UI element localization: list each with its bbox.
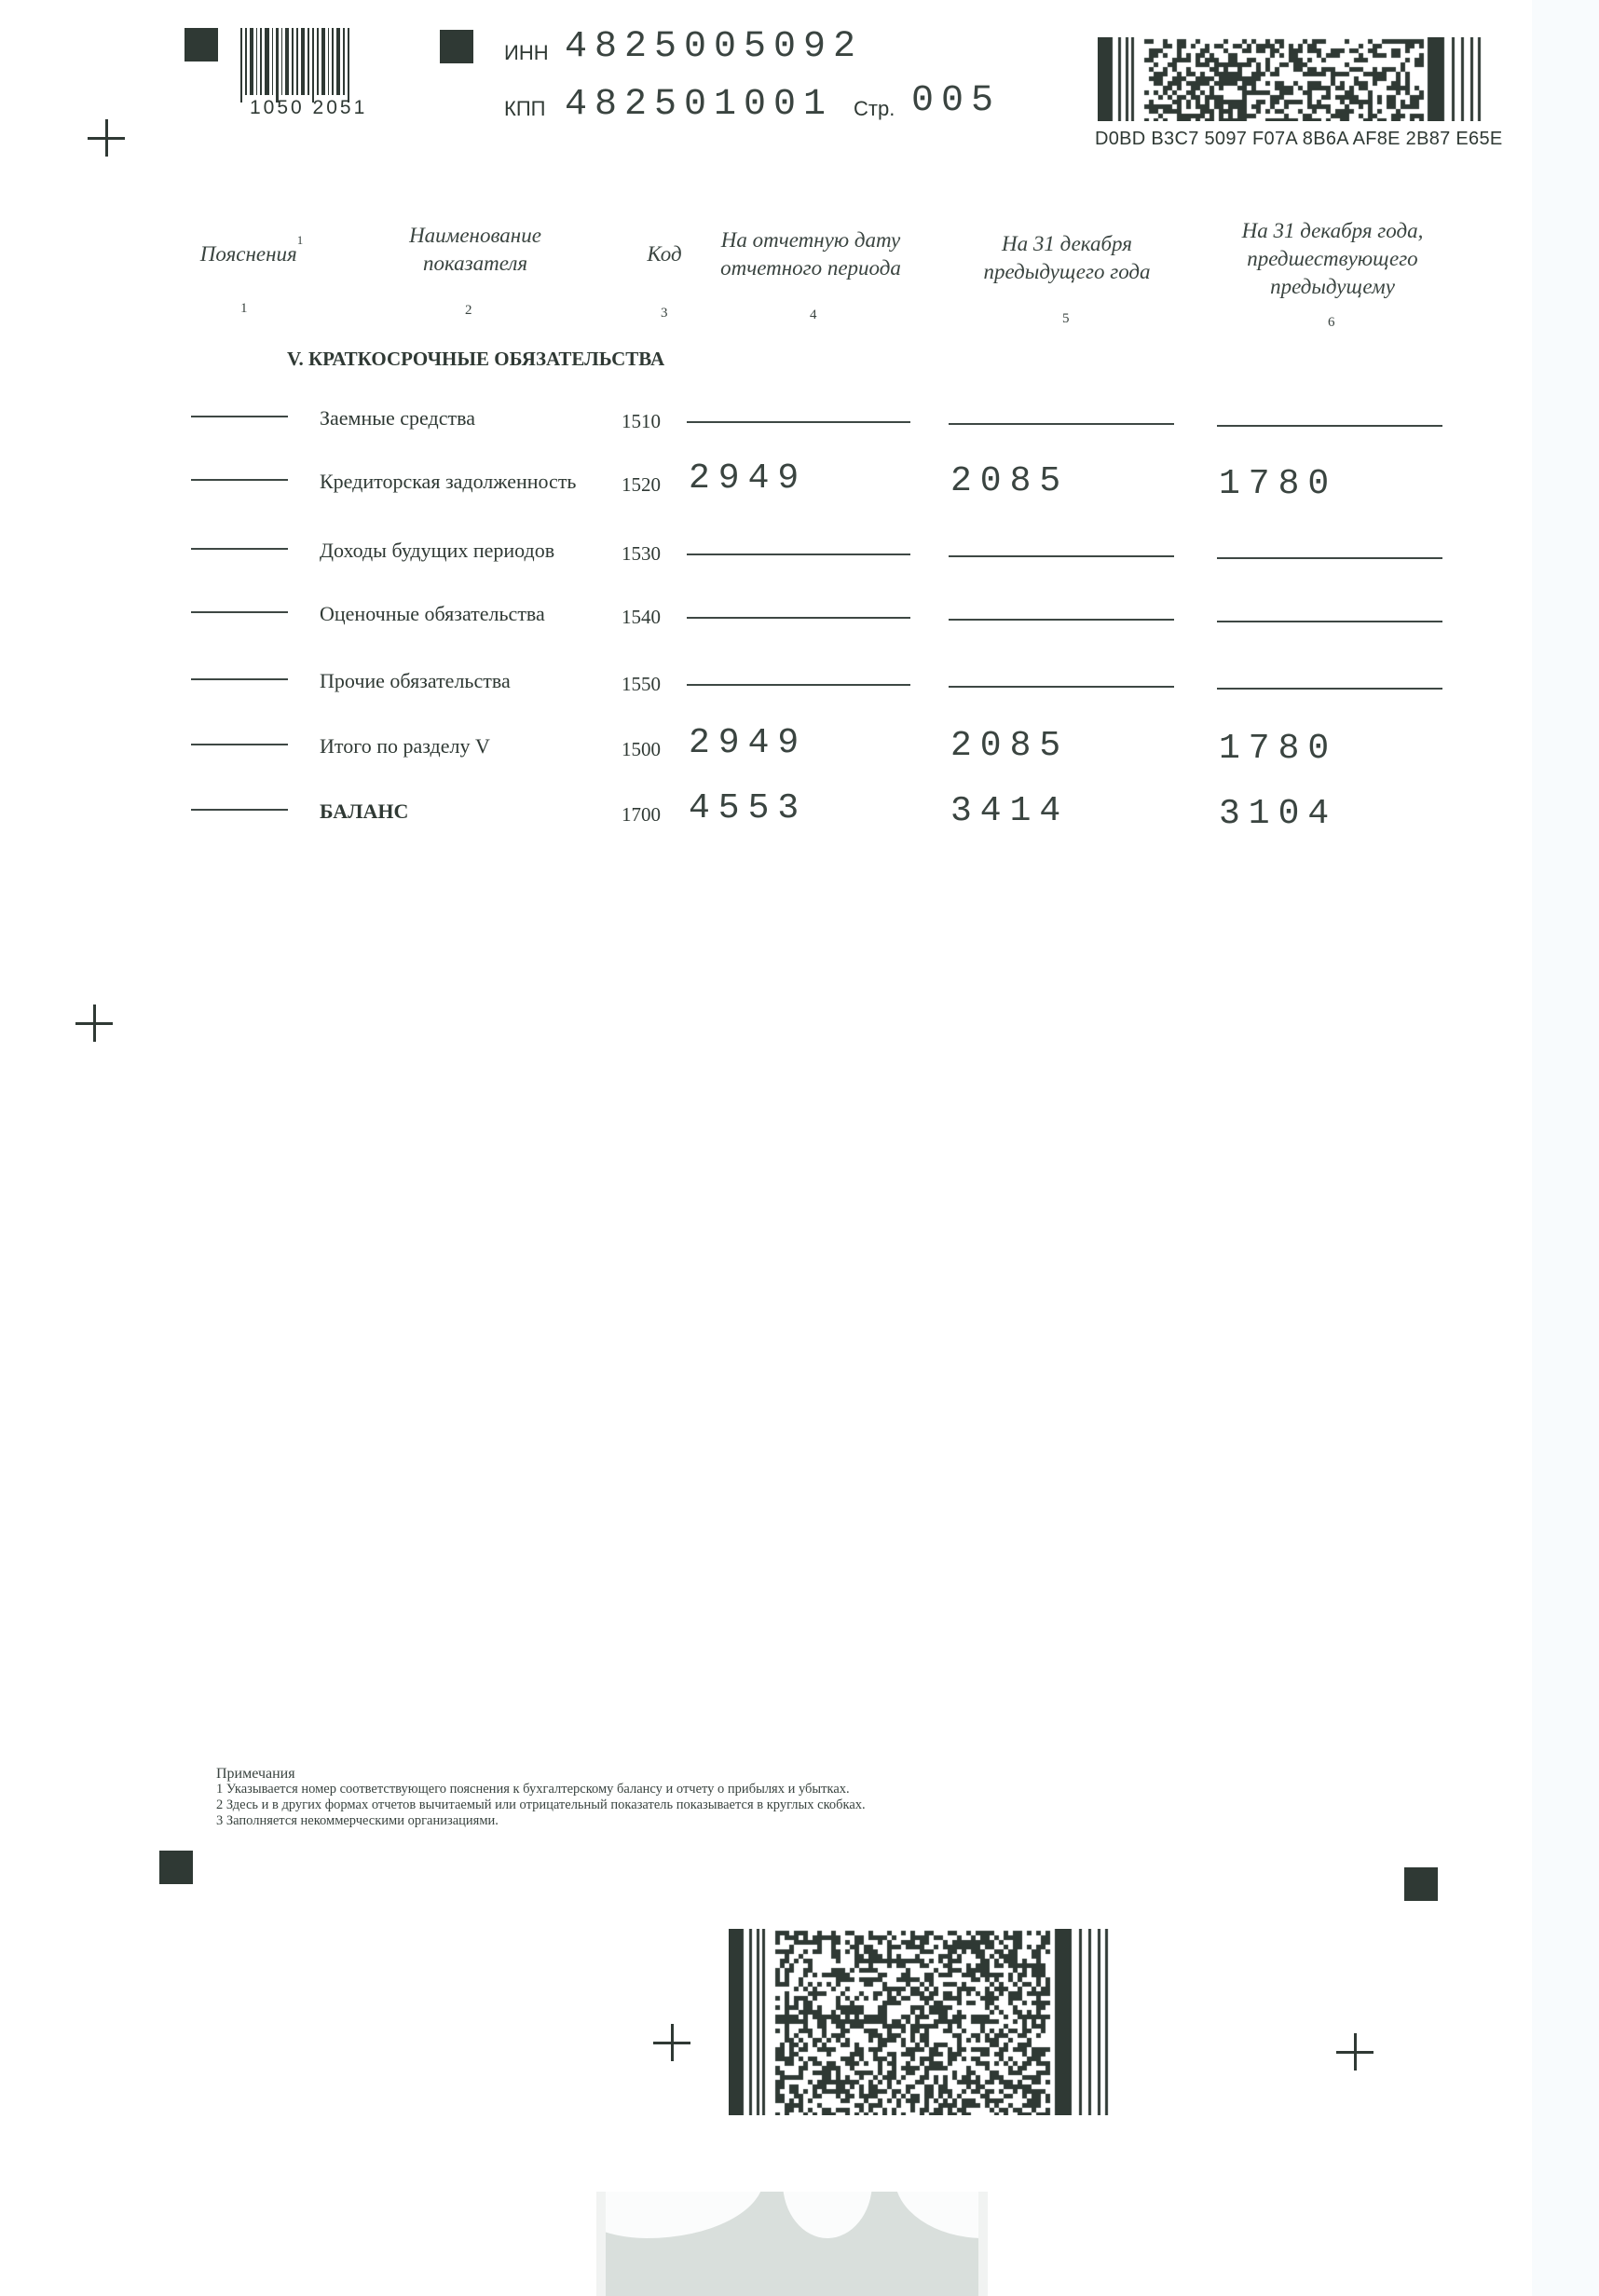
row-label: Кредиторская задолженность [320, 470, 576, 494]
row-code: 1500 [622, 738, 661, 761]
row-code: 1550 [622, 673, 661, 696]
column-header-code: Код [636, 240, 692, 268]
form-barcode [240, 28, 352, 95]
empty-value-line [1217, 557, 1442, 559]
page-label: Стр. [854, 97, 895, 121]
column-number: 4 [810, 307, 817, 323]
crosshair-icon [1336, 2033, 1373, 2070]
row-value: 4553 [689, 788, 807, 828]
row-value: 2085 [950, 461, 1069, 501]
form-barcode-number: 1050 2051 [250, 97, 367, 119]
row-code: 1520 [622, 473, 661, 497]
row-value: 1780 [1219, 729, 1337, 769]
inn-value: 4825005092 [565, 26, 863, 68]
notes-cell-dash [191, 809, 288, 811]
notes-cell-dash [191, 416, 288, 417]
column-number: 2 [465, 303, 472, 319]
scanner-clip [596, 2192, 988, 2296]
crosshair-icon [88, 119, 125, 157]
row-code: 1700 [622, 803, 661, 827]
column-number: 6 [1328, 315, 1335, 331]
row-value: 3414 [950, 791, 1069, 831]
empty-value-line [949, 686, 1174, 688]
row-value: 2085 [950, 726, 1069, 766]
notes-cell-dash [191, 479, 288, 481]
registration-marker [440, 30, 473, 63]
crosshair-icon [653, 2024, 690, 2061]
footnote-ref: 1 [297, 233, 304, 247]
notes-block: Примечания 1 Указывается номер соответст… [216, 1766, 866, 1829]
empty-value-line [687, 421, 910, 423]
notes-cell-dash [191, 678, 288, 680]
row-code: 1540 [622, 606, 661, 629]
registration-marker [184, 28, 218, 61]
top-2d-barcode [1098, 37, 1483, 121]
row-value: 2949 [689, 458, 807, 499]
notes-cell-dash [191, 744, 288, 745]
note-item: 2 Здесь и в других формах отчетов вычита… [216, 1797, 866, 1813]
empty-value-line [949, 619, 1174, 621]
kpp-label: КПП [504, 97, 545, 121]
page-number: 005 [911, 80, 1001, 122]
empty-value-line [949, 555, 1174, 557]
row-value: 1780 [1219, 464, 1337, 504]
empty-value-line [687, 617, 910, 619]
row-label: Доходы будущих периодов [320, 539, 554, 563]
row-label: Оценочные обязательства [320, 602, 545, 626]
registration-marker [1404, 1867, 1438, 1901]
column-header-year-before: На 31 декабря года, предшествующего пред… [1211, 217, 1454, 301]
empty-value-line [949, 423, 1174, 425]
row-value: 3104 [1219, 794, 1337, 834]
row-label: Итого по разделу V [320, 734, 490, 758]
registration-marker [159, 1851, 193, 1884]
empty-value-line [1217, 621, 1442, 622]
empty-value-line [687, 684, 910, 686]
note-item: 3 Заполняется некоммерческими организаци… [216, 1813, 866, 1829]
column-header-indicator: Наименование показателя [391, 222, 559, 278]
empty-value-line [687, 553, 910, 555]
column-header-previous-year: На 31 декабря предыдущего года [964, 230, 1169, 286]
column-number: 3 [661, 306, 668, 321]
row-code: 1530 [622, 542, 661, 566]
crosshair-icon [75, 1004, 113, 1042]
row-label: Заемные средства [320, 406, 475, 430]
page-edge [1532, 0, 1599, 2296]
notes-title: Примечания [216, 1766, 866, 1782]
row-label: БАЛАНС [320, 799, 408, 824]
kpp-value: 482501001 [565, 84, 833, 126]
inn-label: ИНН [504, 41, 549, 65]
note-item: 1 Указывается номер соответствующего поя… [216, 1782, 866, 1797]
column-number: 5 [1062, 311, 1070, 327]
empty-value-line [1217, 425, 1442, 427]
notes-cell-dash [191, 611, 288, 613]
column-header-notes: Пояснения1 [191, 233, 312, 268]
column-header-current: На отчетную дату отчетного периода [704, 226, 918, 282]
row-value: 2949 [689, 723, 807, 763]
row-code: 1510 [622, 410, 661, 433]
notes-cell-dash [191, 548, 288, 550]
bottom-2d-barcode [729, 1929, 1111, 2115]
row-label: Прочие обязательства [320, 669, 511, 693]
document-hash: D0BD B3C7 5097 F07A 8B6A AF8E 2B87 E65E [1095, 129, 1503, 150]
section-title: V. КРАТКОСРОЧНЫЕ ОБЯЗАТЕЛЬСТВА [287, 348, 664, 371]
empty-value-line [1217, 688, 1442, 690]
column-number: 1 [240, 301, 248, 317]
